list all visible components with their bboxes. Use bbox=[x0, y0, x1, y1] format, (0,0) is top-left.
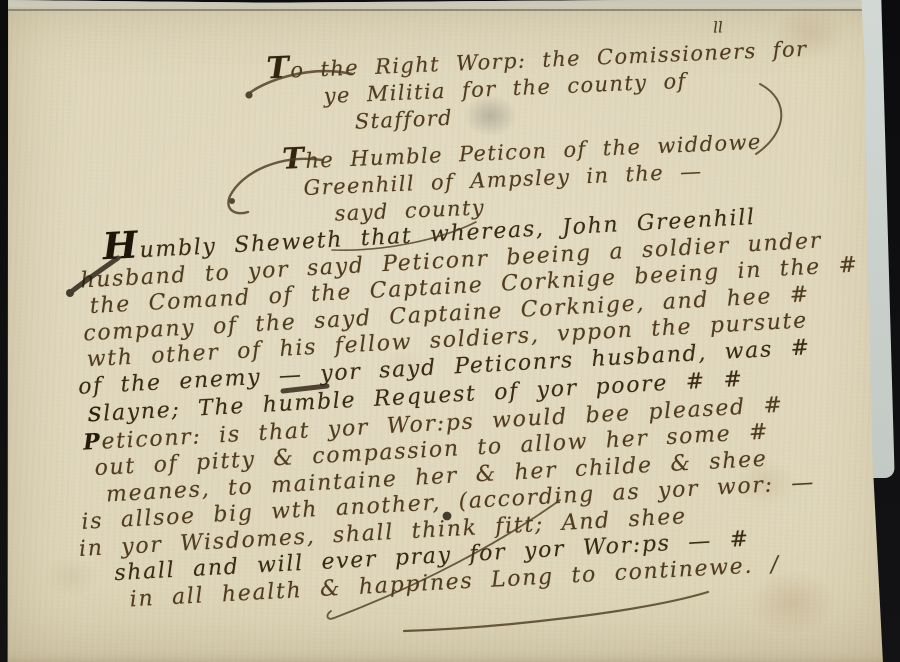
petition-body: Humbly Sheweth that whereas, John Greenh… bbox=[52, 192, 881, 616]
ink-flourish-underline bbox=[404, 592, 708, 631]
paper-sheet: ll To the Right Worp: the Comissioners f… bbox=[0, 0, 900, 662]
ink-blob bbox=[229, 198, 235, 204]
paper-top-edge bbox=[0, 0, 900, 11]
manuscript-scan: ll To the Right Worp: the Comissioners f… bbox=[0, 0, 900, 662]
superscript-abbreviation: ll bbox=[713, 14, 724, 41]
ink-blob bbox=[245, 91, 252, 98]
